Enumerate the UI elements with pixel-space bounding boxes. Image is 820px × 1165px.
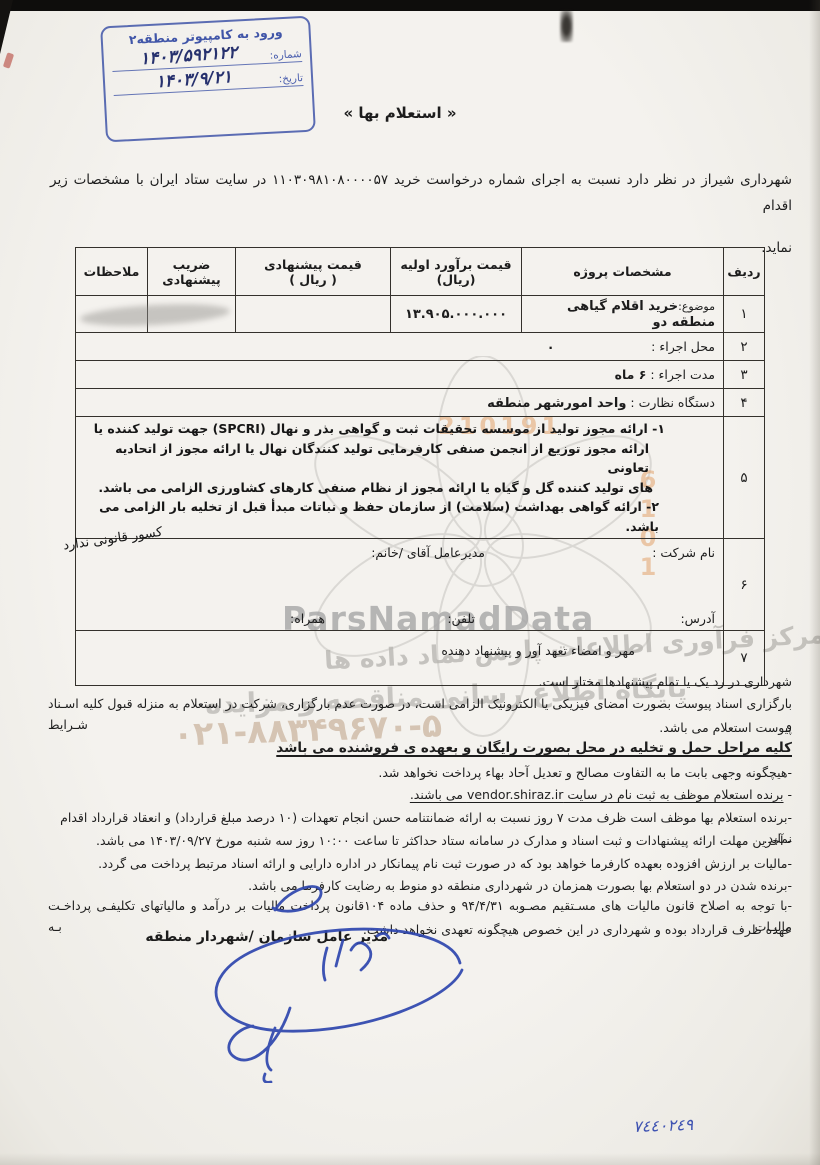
- row1-no: ۱: [724, 296, 765, 333]
- intro-line-1: شهرداری شیراز در نظر دارد نسبت به اجرای …: [50, 167, 792, 219]
- row1-subject: موضوع:خرید اقلام گیاهی منطقه دو: [522, 296, 724, 333]
- row3-no: ۳: [724, 361, 765, 389]
- vendor-site-underlined: برنده استعلام موظف به ثبت نام در سایت ve…: [410, 787, 784, 802]
- table-header-row: ردیف مشخصات پروژه قیمت برآورد اولیه (ریا…: [76, 248, 765, 296]
- row4-no: ۴: [724, 389, 765, 417]
- row5-no: ۵: [724, 417, 765, 539]
- row1-initial-estimate: ۱۳.۹۰۵.۰۰۰.۰۰۰: [391, 296, 522, 333]
- table-row-4: ۴ دستگاه نظارت : واحد امورشهر منطقه: [76, 389, 765, 417]
- table-row-5: ۵ ۱- ارائه مجوز تولید از موسسه تحقیقات ث…: [76, 417, 765, 539]
- note-upload-docs-2: پیوست استعلام می باشد.: [48, 717, 792, 738]
- condition-line-4: ۲- ارائه گواهی بهداشت (سلامت) از سازمان …: [84, 497, 715, 536]
- table-row-2: ۲ محل اجراء :.: [76, 333, 765, 361]
- row6-contact-fields: نام شرکت : مدیرعامل آقای /خانم: آدرس: تل…: [76, 539, 724, 631]
- company-name-label: نام شرکت :: [652, 545, 715, 560]
- header-row-no: ردیف: [724, 248, 765, 296]
- row1-proposed-price-empty: [236, 296, 391, 333]
- row3-duration: مدت اجراء : ۶ ماه: [76, 361, 724, 389]
- ceo-label: مدیرعامل آقای /خانم:: [371, 545, 485, 560]
- phone-label: تلفن:: [447, 611, 475, 626]
- header-project-specs: مشخصات پروژه: [522, 248, 724, 296]
- note-deadline: - آخرین مهلت ارائه پیشنهادات و ثبت اسناد…: [48, 830, 792, 851]
- row6-no: ۶: [724, 539, 765, 631]
- row2-no: ۲: [724, 333, 765, 361]
- paper-right-edge-shadow: [809, 0, 820, 1165]
- row2-location: محل اجراء :.: [76, 333, 724, 361]
- header-remarks: ملاحظات: [76, 248, 148, 296]
- note-vendor-registration: - برنده استعلام موظف به ثبت نام در سایت …: [48, 784, 792, 805]
- paper-bottom-edge-shadow: [0, 1153, 820, 1165]
- header-initial-estimate: قیمت برآورد اولیه (ریال): [391, 248, 522, 296]
- handwritten-reference-number: ٧٤٤٠٢٤٩: [633, 1115, 694, 1136]
- condition-line-1: ۱- ارائه مجوز تولید از موسسه تحقیقات ثبت…: [84, 419, 715, 439]
- note-no-adjustment: -هیچگونه وجهی بابت ما به التفاوت مصالح و…: [48, 762, 792, 783]
- entry-registration-stamp: ورود به کامپیوتر منطقه۲ شماره: ۱۴۰۳/۵۹۲۱…: [100, 16, 316, 143]
- condition-line-3: های تولید کننده گل و گیاه یا ارائه مجوز …: [84, 478, 715, 498]
- address-label: آدرس:: [680, 611, 715, 626]
- handwritten-signature: [115, 878, 495, 1083]
- note-reject-right: شهرداری در رد یک یا تمام پیشنهادها مختار…: [48, 671, 792, 692]
- scanned-document-page: 210191 6 1 0 1 ParsNamadData مرکز فرآوری…: [0, 0, 820, 1165]
- table-row-3: ۳ مدت اجراء : ۶ ماه: [76, 361, 765, 389]
- row5-conditions: ۱- ارائه مجوز تولید از موسسه تحقیقات ثبت…: [76, 417, 724, 539]
- mobile-label: همراه:: [290, 611, 325, 626]
- table-row-6: ۶ نام شرکت : مدیرعامل آقای /خانم: آدرس: …: [76, 539, 765, 631]
- stamp-number-label: شماره:: [269, 48, 302, 62]
- ink-blob-artifact: [560, 10, 573, 42]
- condition-line-2: ارائه مجوز توزیع از انجمن صنفی کارفرمایی…: [84, 439, 715, 478]
- stamp-date-label: تاریخ:: [278, 72, 303, 85]
- row4-supervisor: دستگاه نظارت : واحد امورشهر منطقه: [76, 389, 724, 417]
- note-vat: -مالیات بر ارزش افزوده بعهده کارفرما خوا…: [48, 853, 792, 874]
- header-proposed-price: قیمت پیشنهادی ( ریال ): [236, 248, 391, 296]
- note-free-transport: کلیه مراحل حمل و تخلیه در محل بصورت رایگ…: [48, 738, 792, 759]
- header-proposed-coefficient: ضریب پیشنهادی: [148, 248, 236, 296]
- row2-dot: .: [548, 337, 553, 352]
- document-title: « استعلام بها »: [300, 104, 500, 122]
- scan-top-black-bar: [0, 0, 820, 11]
- red-pen-mark: [3, 52, 14, 68]
